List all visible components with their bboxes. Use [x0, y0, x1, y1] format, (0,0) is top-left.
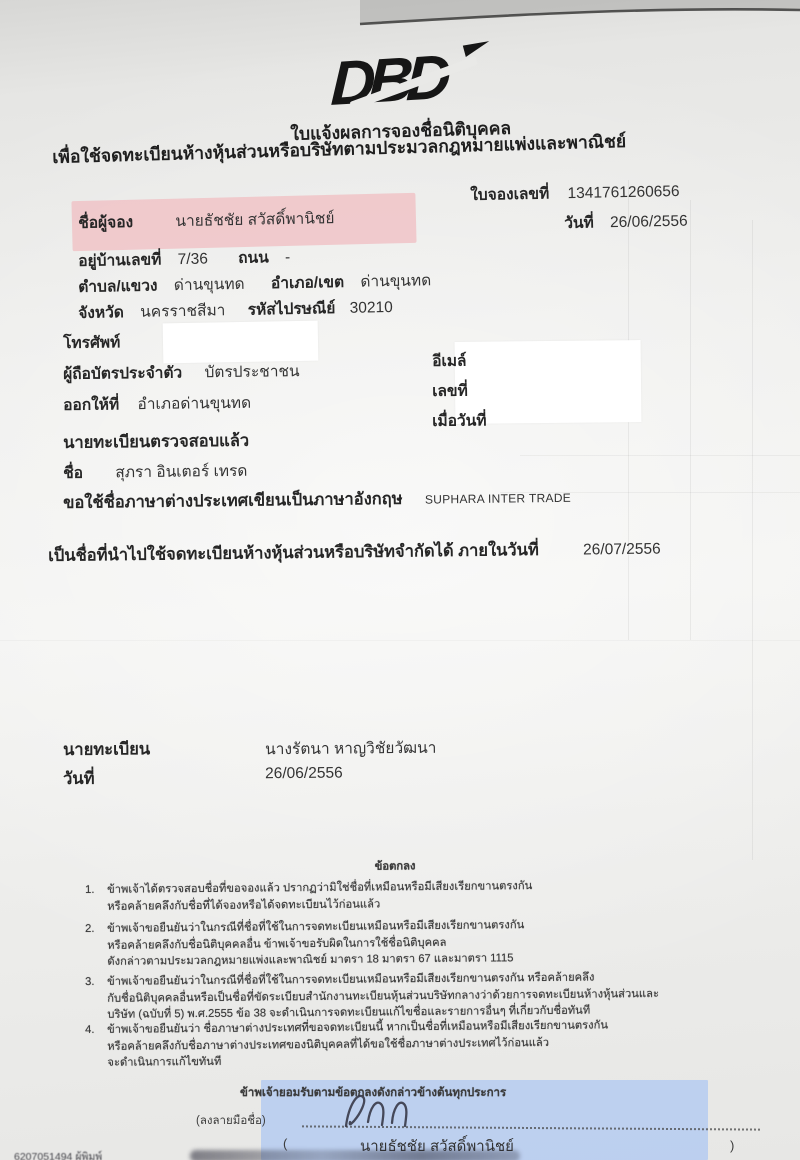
term-item-4: 4. ข้าพเจ้าขอยืนยันว่า ชื่อภาษาต่างประเท… — [85, 1016, 765, 1071]
reserved-name-label: ชื่อ — [63, 465, 83, 482]
photo-edge-artifact — [0, 0, 800, 40]
term-number: 1. — [85, 882, 107, 915]
address-row-1: อยู่บ้านเลขที่ 7/36 ถนน - — [78, 244, 290, 273]
term-item-1: 1. ข้าพเจ้าได้ตรวจสอบชื่อที่ขอจองแล้ว ปร… — [85, 876, 745, 915]
house-number-label: อยู่บ้านเลขที่ — [78, 251, 161, 270]
registrar-row: นายทะเบียน นางรัตนา หาญวิชัยวัฒนา — [63, 736, 150, 763]
registrar-date-label: วันที่ — [63, 770, 95, 788]
term-text: ข้าพเจ้าขอยืนยันว่าในกรณีที่ชื่อที่ใช้ใน… — [107, 969, 659, 1023]
term-number: 2. — [85, 921, 107, 971]
phone-row: โทรศัพท์ — [63, 329, 120, 355]
reserved-name-row: ชื่อ สุภรา อินเตอร์ เทรด — [63, 458, 248, 485]
english-name-row: ขอใช้ชื่อภาษาต่างประเทศเขียนเป็นภาษาอังก… — [63, 484, 571, 516]
valid-until-row: เป็นชื่อที่นำไปใช้จดทะเบียนห้างหุ้นส่วนห… — [48, 536, 661, 569]
scanned-document: DBD ใบแจ้งผลการจองชื่อนิติบุคคล เพื่อใช้… — [0, 0, 800, 1160]
idno-row: เลขที่ — [432, 378, 468, 403]
term-text: ข้าพเจ้าได้ตรวจสอบชื่อที่ขอจองแล้ว ปรากฏ… — [107, 878, 532, 915]
english-name: SUPHARA INTER TRADE — [425, 491, 571, 507]
handwritten-signature — [338, 1088, 422, 1132]
registrar-label: นายทะเบียน — [63, 740, 150, 759]
district-value: ด่านขุนทด — [360, 272, 431, 290]
idcard-type: บัตรประชาชน — [204, 363, 299, 381]
term-number: 4. — [85, 1022, 107, 1072]
issued-date-label: เมื่อวันที่ — [432, 412, 487, 430]
issued-row: ออกให้ที่ อำเภอด่านขุนทด — [63, 390, 251, 417]
postcode-value: 30210 — [350, 299, 393, 317]
issued-label: ออกให้ที่ — [63, 396, 119, 414]
issued-date-row: เมื่อวันที่ — [432, 407, 487, 433]
term-item-2: 2. ข้าพเจ้าขอยืนยันว่าในกรณีที่ชื่อที่ใช… — [85, 915, 745, 970]
signature-label: (ลงลายมือชื่อ) — [196, 1113, 266, 1130]
footer-partial-text: 6207051494 ผู้พิมพ์ — [14, 1148, 102, 1160]
registrar-name: นางรัตนา หาญวิชัยวัฒนา — [265, 735, 437, 761]
phone-label: โทรศัพท์ — [63, 334, 120, 352]
terms-heading: ข้อตกลง — [0, 855, 790, 878]
booking-date-row: วันที่ 26/06/2556 — [564, 208, 688, 235]
valid-until-date: 26/07/2556 — [583, 541, 661, 559]
dbd-logo: DBD — [330, 49, 445, 114]
booking-number-row: ใบจองเลขที่ 1341761260656 — [470, 178, 680, 207]
idcard-row: ผู้ถือบัตรประจำตัว บัตรประชาชน — [63, 358, 300, 386]
idno-label: เลขที่ — [432, 383, 468, 400]
term-text: ข้าพเจ้าขอยืนยันว่าในกรณีที่ชื่อที่ใช้ใน… — [107, 917, 525, 970]
booking-number-label: ใบจองเลขที่ — [470, 185, 549, 204]
address-row-3: จังหวัด นครราชสีมา รหัสไปรษณีย์ 30210 — [78, 294, 393, 325]
phone-redaction-box — [163, 321, 319, 364]
reserver-row: ชื่อผู้จอง นายธัชชัย สวัสดิ์พานิชย์ — [78, 205, 335, 235]
road-label: ถนน — [238, 249, 269, 267]
registrar-checked-label: นายทะเบียนตรวจสอบแล้ว — [63, 432, 249, 452]
reserver-name: นายธัชชัย สวัสดิ์พานิชย์ — [175, 210, 334, 230]
province-value: นครราชสีมา — [140, 302, 226, 321]
issued-at: อำเภอด่านขุนทด — [137, 395, 251, 413]
registrar-checked-row: นายทะเบียนตรวจสอบแล้ว — [63, 428, 249, 456]
booking-date-label: วันที่ — [564, 214, 594, 232]
scan-gridline — [520, 455, 800, 456]
term-item-3: 3. ข้าพเจ้าขอยืนยันว่าในกรณีที่ชื่อที่ใช… — [85, 968, 765, 1023]
scan-fold-line — [0, 640, 800, 641]
term-text: ข้าพเจ้าขอยืนยันว่า ชื่อภาษาต่างประเทศที… — [107, 1017, 608, 1071]
scan-gridline — [752, 220, 753, 860]
valid-until-label: เป็นชื่อที่นำไปใช้จดทะเบียนห้างหุ้นส่วนห… — [48, 541, 539, 565]
province-label: จังหวัด — [78, 304, 124, 322]
postcode-label: รหัสไปรษณีย์ — [248, 300, 336, 319]
logo-swoosh-tip — [463, 36, 491, 57]
reserved-name: สุภรา อินเตอร์ เทรด — [115, 463, 247, 482]
subdistrict-value: ด่านขุนทด — [174, 276, 245, 294]
registrar-date: 26/06/2556 — [265, 765, 343, 784]
house-number: 7/36 — [178, 251, 208, 269]
booking-number: 1341761260656 — [567, 183, 679, 202]
signer-paren-close: ) — [730, 1138, 734, 1155]
district-label: อำเภอ/เขต — [271, 274, 344, 292]
scan-gridline — [690, 200, 691, 640]
booking-date: 26/06/2556 — [610, 213, 688, 231]
email-label: อีเมล์ — [432, 353, 467, 370]
subdistrict-label: ตำบล/แขวง — [78, 277, 158, 296]
footer-smudge — [190, 1150, 520, 1160]
english-name-label: ขอใช้ชื่อภาษาต่างประเทศเขียนเป็นภาษาอังก… — [63, 490, 403, 512]
term-number: 3. — [85, 974, 107, 1024]
registrar-date-row: วันที่ 26/06/2556 — [63, 766, 95, 792]
road-value: - — [285, 249, 290, 266]
email-row: อีเมล์ — [432, 348, 467, 373]
idcard-label: ผู้ถือบัตรประจำตัว — [63, 365, 182, 383]
reserver-label: ชื่อผู้จอง — [78, 214, 133, 232]
